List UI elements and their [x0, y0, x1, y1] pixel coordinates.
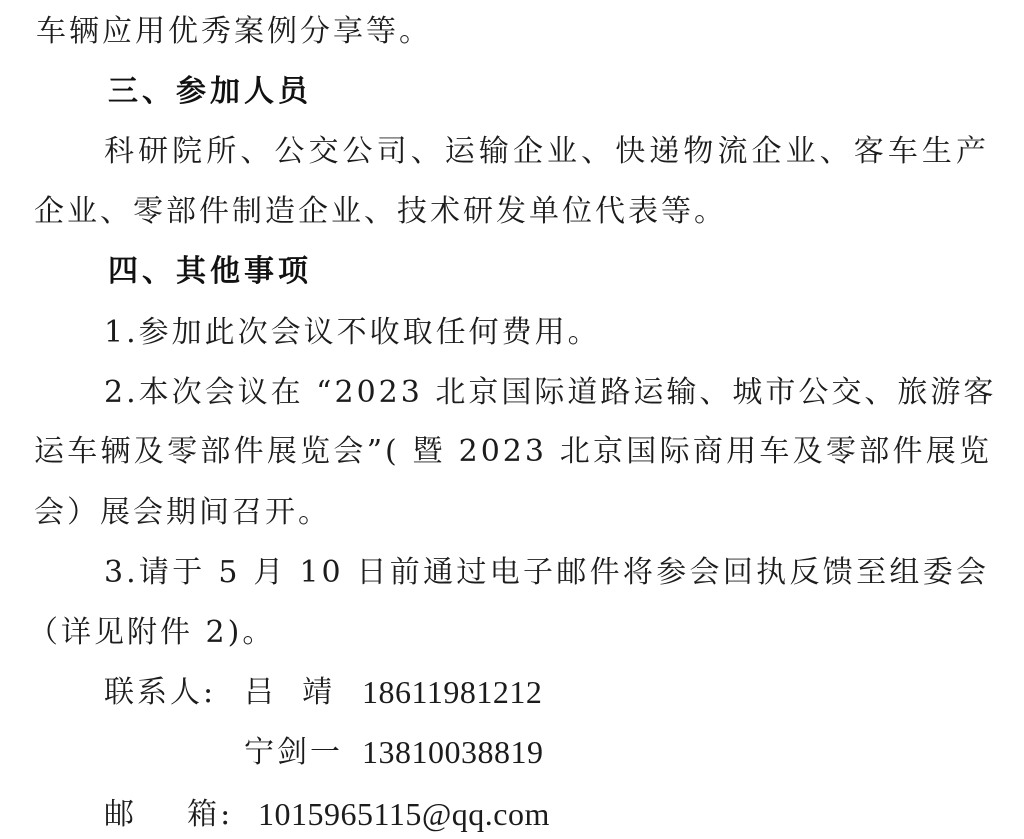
item-3-line-2: （详见附件 2)。: [28, 613, 275, 653]
contact-person-label: 联系人:: [104, 673, 216, 713]
email-label: 邮 箱:: [104, 795, 233, 835]
contact-name-2: 宁剑一: [244, 733, 343, 773]
paragraph-continuation: 车辆应用优秀案例分享等。: [36, 12, 432, 52]
item-2-line-1: 2.本次会议在 “2023 北京国际道路运输、城市公交、旅游客: [104, 373, 989, 413]
email-address: 1015965115@qq.com: [258, 794, 550, 834]
section-heading-participants: 三、参加人员: [108, 72, 312, 112]
contact-phone-2: 13810038819: [362, 732, 544, 772]
section-heading-other-matters: 四、其他事项: [108, 252, 312, 292]
contact-phone-1: 18611981212: [362, 672, 542, 712]
item-1-free-of-charge: 1.参加此次会议不收取任何费用。: [104, 313, 601, 353]
contact-name-1: 吕 靖: [244, 673, 335, 713]
participants-line-2: 企业、零部件制造企业、技术研发单位代表等。: [34, 192, 727, 232]
participants-line-1: 科研院所、公交公司、运输企业、快递物流企业、客车生产: [104, 132, 989, 172]
item-2-line-2: 运车辆及零部件展览会”( 暨 2023 北京国际商用车及零部件展览: [34, 432, 992, 472]
item-3-line-1: 3.请于 5 月 10 日前通过电子邮件将参会回执反馈至组委会: [104, 553, 989, 593]
document-page: 车辆应用优秀案例分享等。 三、参加人员 科研院所、公交公司、运输企业、快递物流企…: [0, 0, 1024, 839]
item-2-line-3: 会）展会期间召开。: [34, 493, 331, 533]
